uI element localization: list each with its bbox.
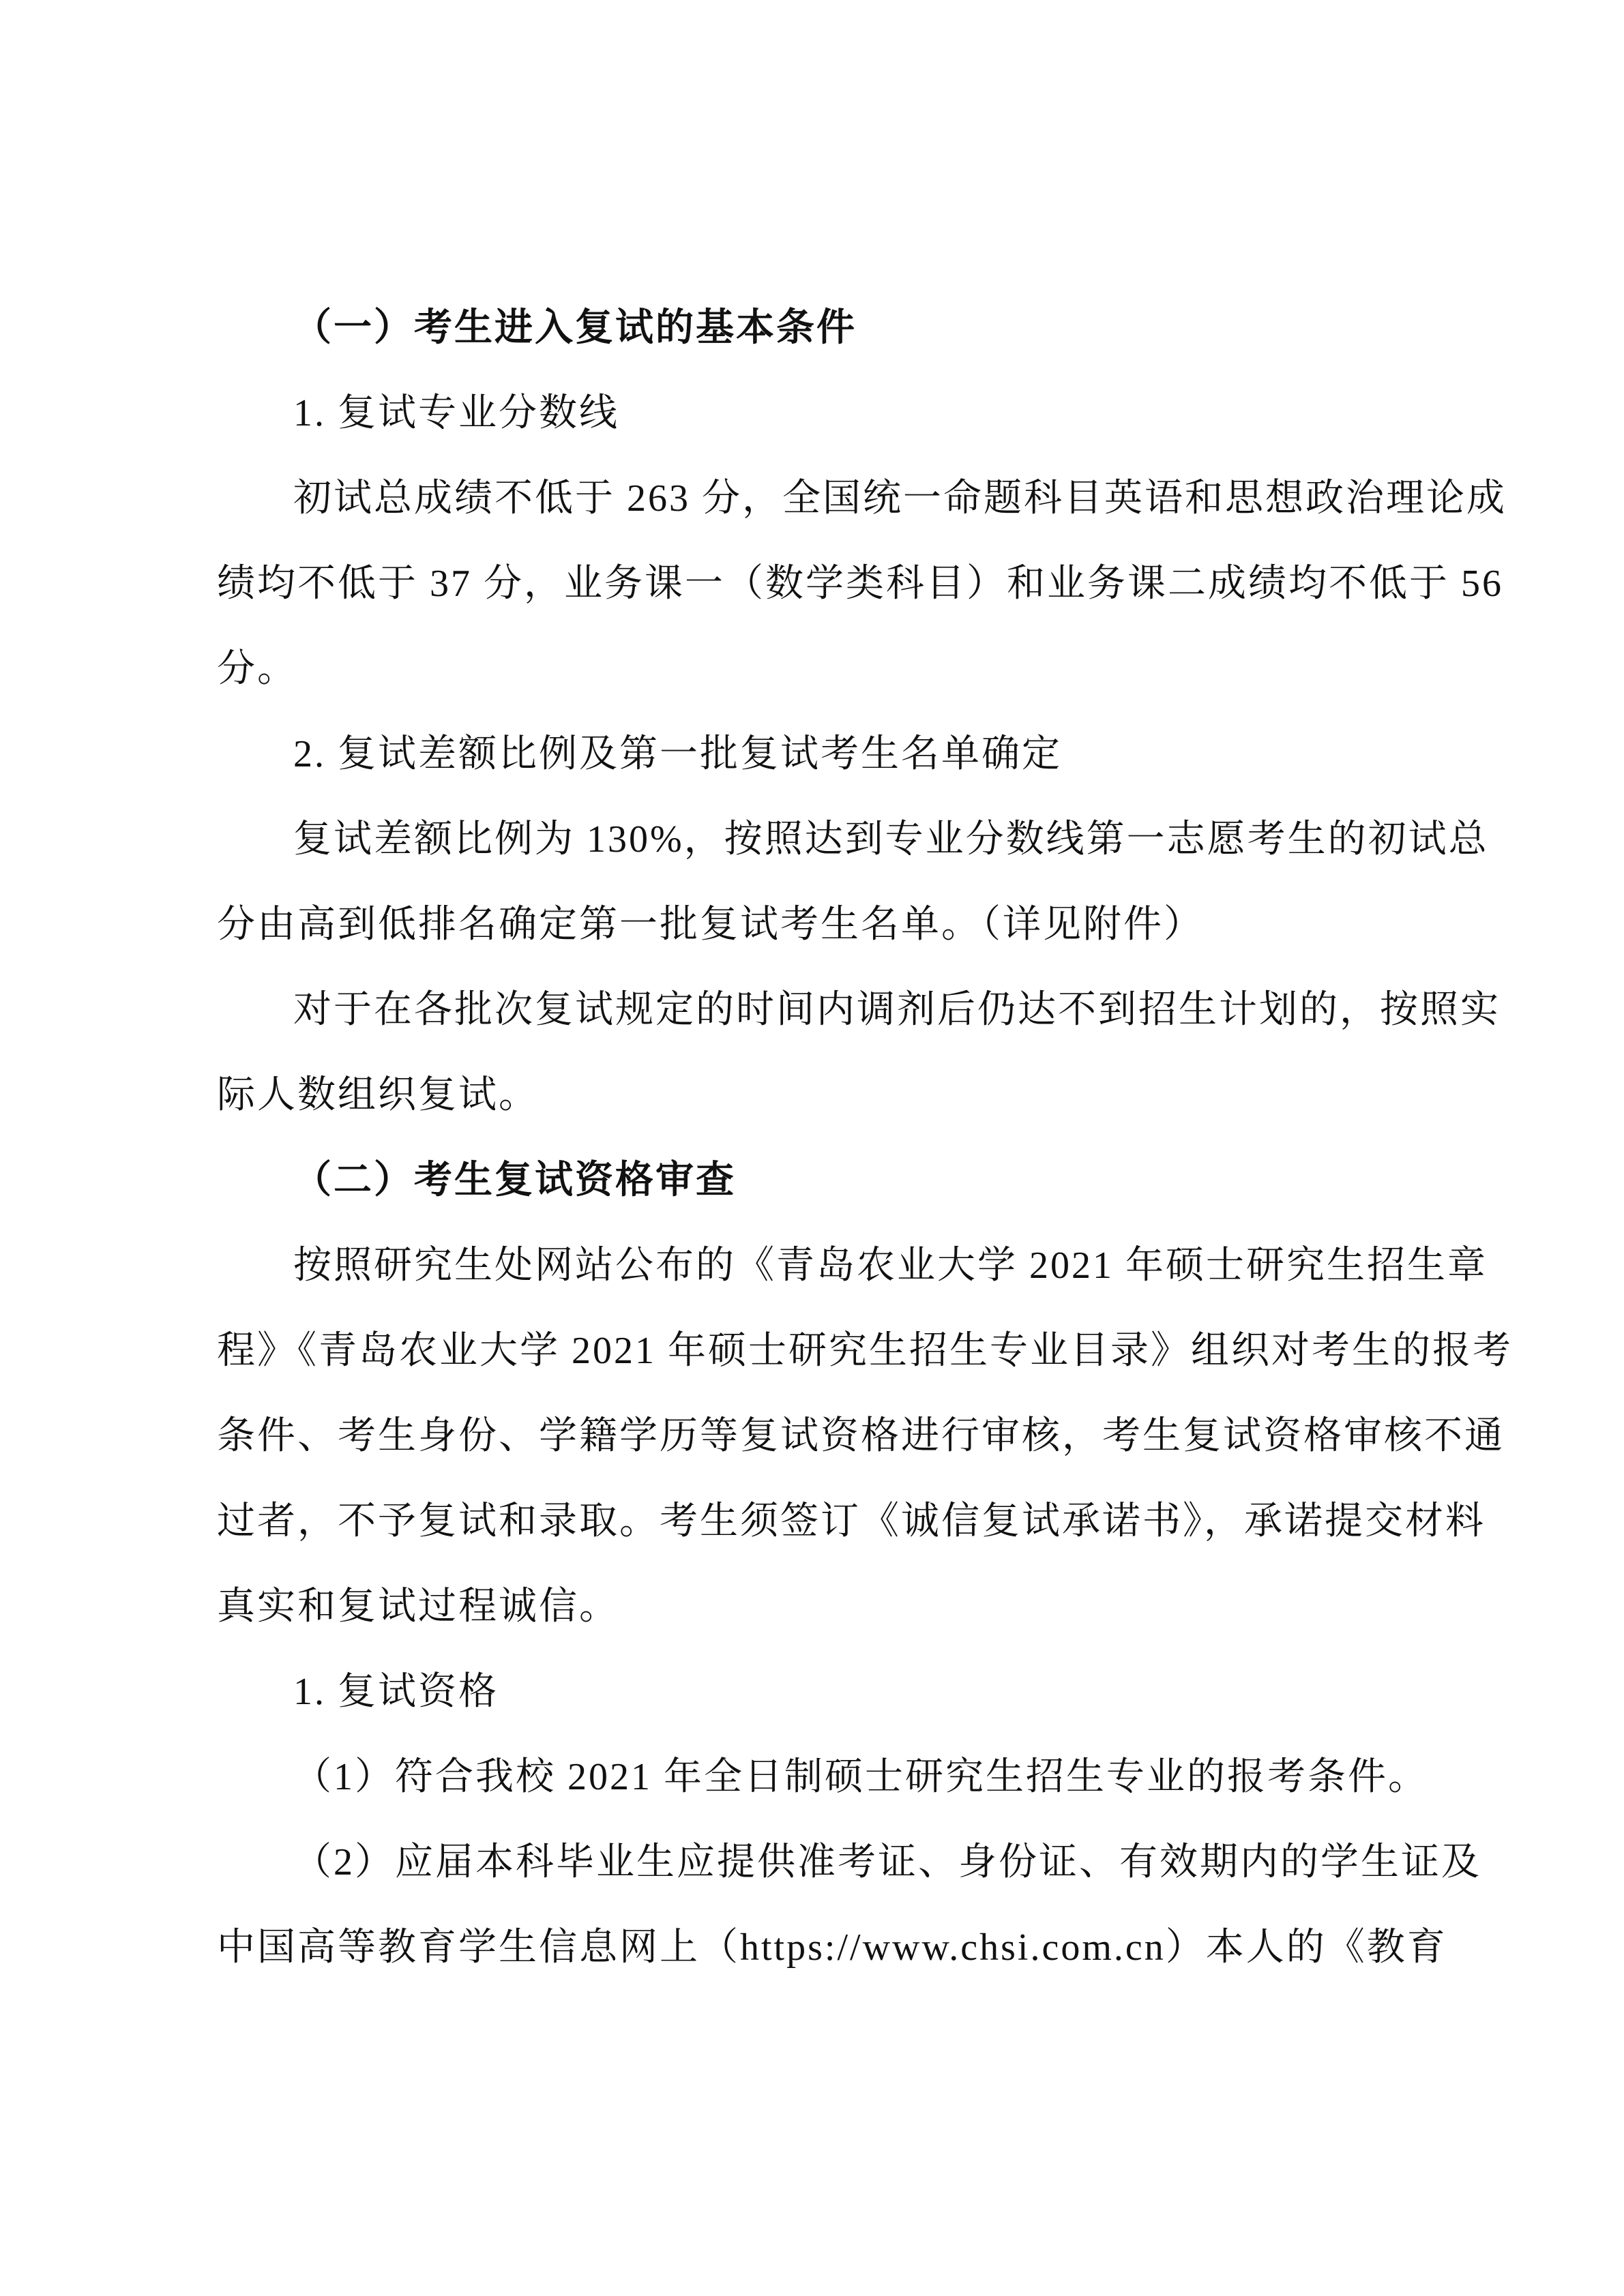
text-line: 分由高到低排名确定第一批复试考生名单。（详见附件） [217, 882, 1453, 968]
text-line: 际人数组织复试。 [217, 1053, 1453, 1138]
paragraph: 1. 复试专业分数线 [217, 371, 1453, 456]
text-line: 中国高等教育学生信息网上（https://www.chsi.com.cn）本人的… [217, 1905, 1453, 1991]
document-body: （一）考生进入复试的基本条件1. 复试专业分数线初试总成绩不低于 263 分，全… [217, 286, 1453, 1991]
text-line: 条件、考生身份、学籍学历等复试资格进行审核，考生复试资格审核不通 [217, 1394, 1453, 1479]
text-line: （二）考生复试资格审查 [217, 1138, 1453, 1223]
text-line: 按照研究生处网站公布的《青岛农业大学 2021 年硕士研究生招生章 [217, 1223, 1453, 1309]
paragraph: 对于在各批次复试规定的时间内调剂后仍达不到招生计划的，按照实际人数组织复试。 [217, 968, 1453, 1138]
paragraph: （1）符合我校 2021 年全日制硕士研究生招生专业的报考条件。 [217, 1735, 1453, 1820]
text-line: （1）符合我校 2021 年全日制硕士研究生招生专业的报考条件。 [217, 1735, 1453, 1820]
text-line: 1. 复试资格 [217, 1650, 1453, 1735]
text-line: （一）考生进入复试的基本条件 [217, 286, 1453, 371]
text-line: 2. 复试差额比例及第一批复试考生名单确定 [217, 712, 1453, 797]
paragraph: 复试差额比例为 130%，按照达到专业分数线第一志愿考生的初试总分由高到低排名确… [217, 797, 1453, 968]
paragraph: （2）应届本科毕业生应提供准考证、身份证、有效期内的学生证及中国高等教育学生信息… [217, 1820, 1453, 1991]
text-line: （2）应届本科毕业生应提供准考证、身份证、有效期内的学生证及 [217, 1820, 1453, 1905]
paragraph: 1. 复试资格 [217, 1650, 1453, 1735]
paragraph: 2. 复试差额比例及第一批复试考生名单确定 [217, 712, 1453, 797]
paragraph: 初试总成绩不低于 263 分，全国统一命题科目英语和思想政治理论成绩均不低于 3… [217, 456, 1453, 712]
text-line: 真实和复试过程诚信。 [217, 1564, 1453, 1650]
text-line: 绩均不低于 37 分，业务课一（数学类科目）和业务课二成绩均不低于 56 [217, 541, 1453, 627]
text-line: 对于在各批次复试规定的时间内调剂后仍达不到招生计划的，按照实 [217, 968, 1453, 1053]
section-heading: （一）考生进入复试的基本条件 [217, 286, 1453, 371]
text-line: 过者，不予复试和录取。考生须签订《诚信复试承诺书》，承诺提交材料 [217, 1479, 1453, 1564]
text-line: 分。 [217, 627, 1453, 712]
paragraph: 按照研究生处网站公布的《青岛农业大学 2021 年硕士研究生招生章程》《青岛农业… [217, 1223, 1453, 1650]
document-page: （一）考生进入复试的基本条件1. 复试专业分数线初试总成绩不低于 263 分，全… [0, 0, 1624, 2296]
text-line: 程》《青岛农业大学 2021 年硕士研究生招生专业目录》组织对考生的报考 [217, 1309, 1453, 1394]
text-line: 初试总成绩不低于 263 分，全国统一命题科目英语和思想政治理论成 [217, 456, 1453, 541]
section-heading: （二）考生复试资格审查 [217, 1138, 1453, 1223]
text-line: 复试差额比例为 130%，按照达到专业分数线第一志愿考生的初试总 [217, 797, 1453, 882]
text-line: 1. 复试专业分数线 [217, 371, 1453, 456]
